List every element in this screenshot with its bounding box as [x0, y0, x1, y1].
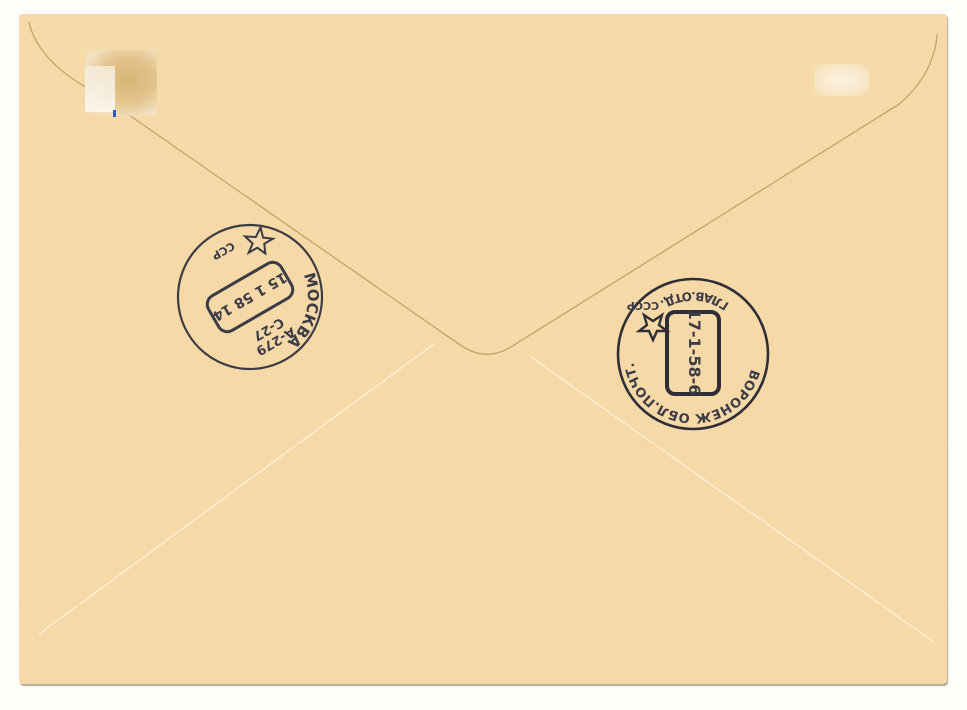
star-icon	[241, 225, 278, 261]
postmark-moscow-lower: ССР	[210, 239, 237, 262]
postmark-voronezh-prefix: СССР	[627, 299, 659, 312]
blue-ink-mark	[113, 110, 116, 117]
star-icon	[639, 315, 667, 340]
paper-tear-left	[85, 66, 115, 112]
postmark-voronezh: ВОРОНЕЖ ОБЛ.ПОЧТ. ГЛАВ.ОТД. 17-1-58-6 СС…	[615, 276, 771, 432]
postmark-moscow: МОСКВА С-27 А-279 15 1 58 14 ССР	[175, 222, 325, 372]
envelope-back: МОСКВА С-27 А-279 15 1 58 14 ССР ВОРОНЕЖ…	[19, 14, 947, 684]
postmark-voronezh-date: 17-1-58-6	[685, 309, 704, 396]
envelope-fold-lines	[19, 14, 947, 684]
paper-tear-right	[814, 64, 869, 96]
